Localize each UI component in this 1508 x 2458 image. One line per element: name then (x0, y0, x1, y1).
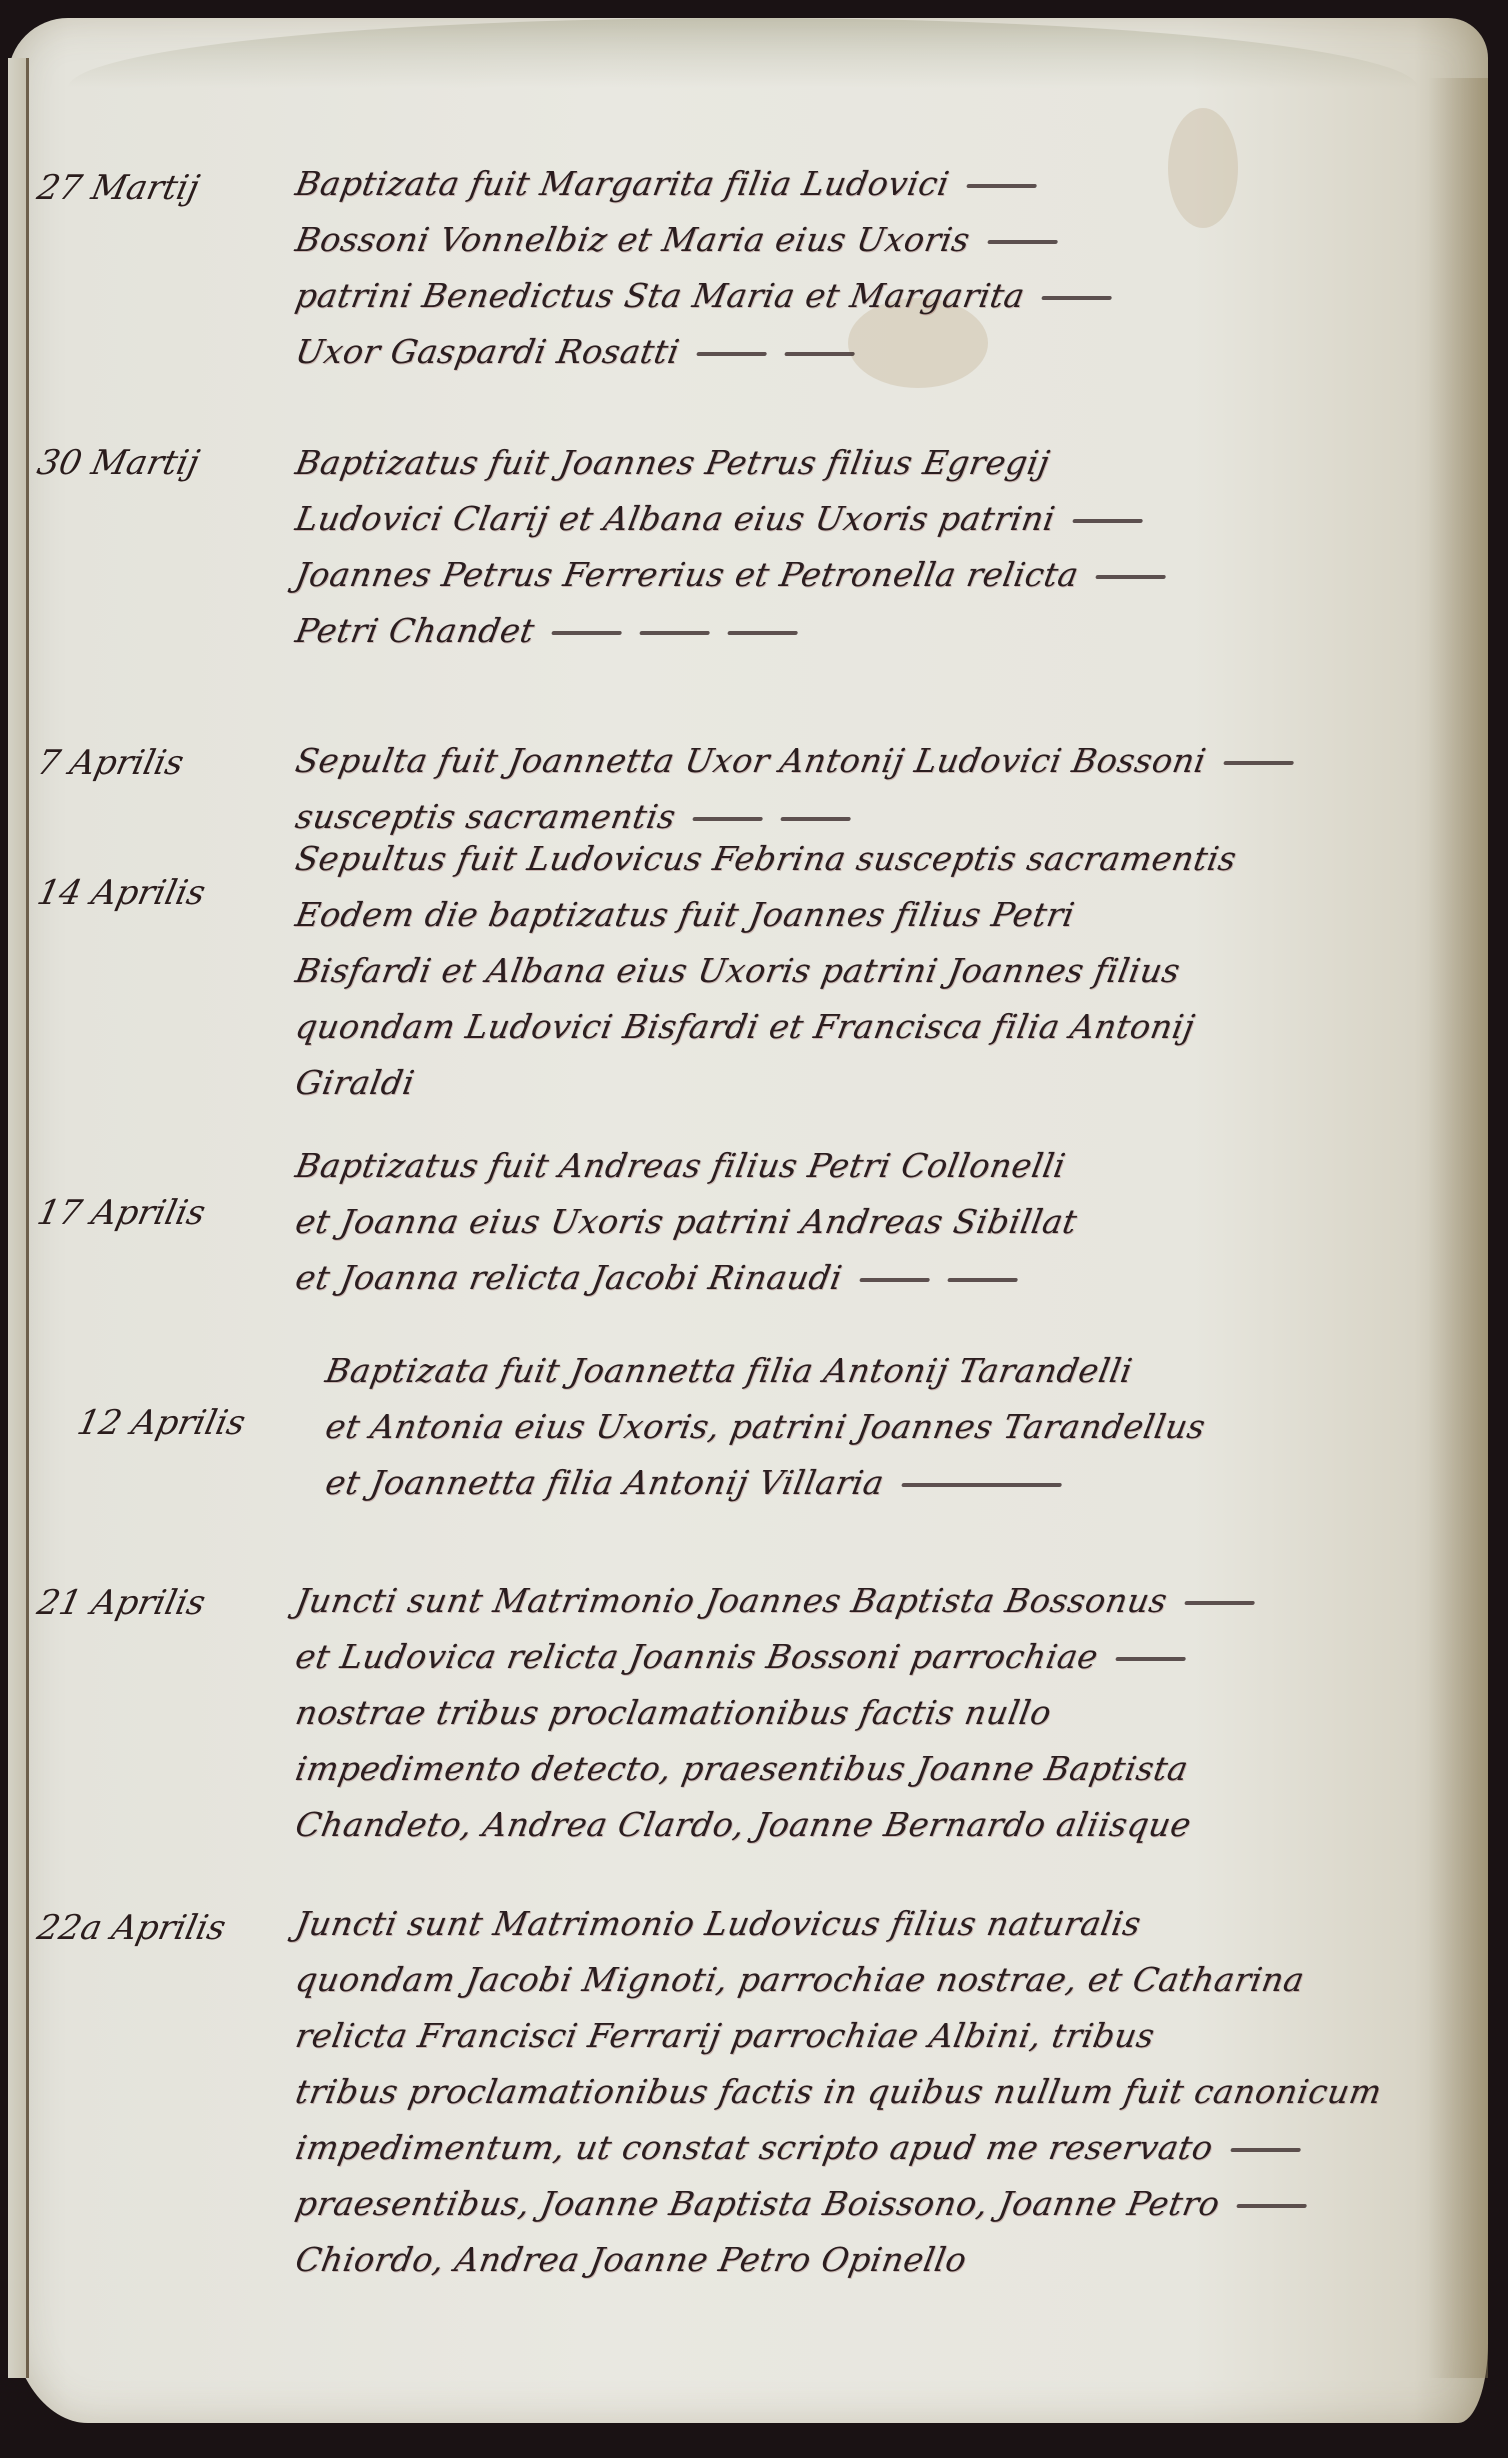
entry-line: Sepulta fuit Joannetta Uxor Antonij Ludo… (291, 733, 1451, 789)
entry-line: Baptizata fuit Margarita filia Ludovici (291, 156, 1451, 212)
entry-date: 22a Aprilis (34, 1908, 229, 1948)
entry-text: Baptizatus fuit Joannes Petrus filius Eg… (296, 435, 1446, 659)
entry-line: Uxor Gaspardi Rosatti (291, 324, 1451, 380)
entry-line: quondam Jacobi Mignoti, parrochiae nostr… (291, 1952, 1451, 2008)
entry-line: patrini Benedictus Sta Maria et Margarit… (291, 268, 1451, 324)
entry-line: Chiordo, Andrea Joanne Petro Opinello (291, 2232, 1451, 2288)
entry-line: et Ludovica relicta Joannis Bossoni parr… (291, 1629, 1451, 1685)
entry-line: nostrae tribus proclamationibus factis n… (291, 1685, 1451, 1741)
entry-line: Petri Chandet (291, 603, 1451, 659)
entry-text: Baptizatus fuit Andreas filius Petri Col… (296, 1138, 1446, 1306)
entry-date: 30 Martij (34, 443, 203, 483)
entry-line: Ludovici Clarij et Albana eius Uxoris pa… (291, 491, 1451, 547)
entry-line: et Joanna eius Uxoris patrini Andreas Si… (291, 1194, 1451, 1250)
entry-date: 12 Aprilis (74, 1403, 249, 1443)
entry-date: 7 Aprilis (34, 743, 188, 783)
entry-line: Eodem die baptizatus fuit Joannes filius… (291, 887, 1451, 943)
entry-text: Sepulta fuit Joannetta Uxor Antonij Ludo… (296, 733, 1446, 845)
entry-text: Juncti sunt Matrimonio Joannes Baptista … (296, 1573, 1446, 1853)
entry-text: Sepultus fuit Ludovicus Febrina suscepti… (296, 831, 1446, 1111)
entry-date: 21 Aprilis (34, 1583, 209, 1623)
entry-line: tribus proclamationibus factis in quibus… (291, 2064, 1451, 2120)
entry-line: Chandeto, Andrea Clardo, Joanne Bernardo… (291, 1797, 1451, 1853)
entry-date: 17 Aprilis (34, 1193, 209, 1233)
entry-line: praesentibus, Joanne Baptista Boissono, … (291, 2176, 1451, 2232)
entry-line: Baptizatus fuit Andreas filius Petri Col… (291, 1138, 1451, 1194)
entry-date: 27 Martij (34, 168, 203, 208)
entry-line: Juncti sunt Matrimonio Joannes Baptista … (291, 1573, 1451, 1629)
entry-line: Bossoni Vonnelbiz et Maria eius Uxoris (291, 212, 1451, 268)
entry-line: Baptizata fuit Joannetta filia Antonij T… (321, 1343, 1481, 1399)
entry-line: Sepultus fuit Ludovicus Febrina suscepti… (291, 831, 1451, 887)
entry-text: Baptizata fuit Margarita filia Ludovici … (296, 156, 1446, 380)
entry-line: et Joannetta filia Antonij Villaria (321, 1455, 1481, 1511)
entry-text: Baptizata fuit Joannetta filia Antonij T… (326, 1343, 1476, 1511)
entry-line: Juncti sunt Matrimonio Ludovicus filius … (291, 1896, 1451, 1952)
entry-line: Giraldi (291, 1055, 1451, 1111)
left-page-fold (8, 58, 29, 2378)
entry-line: Baptizatus fuit Joannes Petrus filius Eg… (291, 435, 1451, 491)
entry-line: Bisfardi et Albana eius Uxoris patrini J… (291, 943, 1451, 999)
water-stain-top (68, 18, 1418, 88)
entry-text: Juncti sunt Matrimonio Ludovicus filius … (296, 1896, 1446, 2288)
entry-line: et Joanna relicta Jacobi Rinaudi (291, 1250, 1451, 1306)
entry-line: impedimento detecto, praesentibus Joanne… (291, 1741, 1451, 1797)
entry-line: quondam Ludovici Bisfardi et Francisca f… (291, 999, 1451, 1055)
register-page: 27 Martij Baptizata fuit Margarita filia… (8, 18, 1488, 2423)
entry-line: et Antonia eius Uxoris, patrini Joannes … (321, 1399, 1481, 1455)
entry-line: relicta Francisci Ferrarij parrochiae Al… (291, 2008, 1451, 2064)
entry-line: Joannes Petrus Ferrerius et Petronella r… (291, 547, 1451, 603)
entry-date: 14 Aprilis (34, 873, 209, 913)
entry-line: impedimentum, ut constat scripto apud me… (291, 2120, 1451, 2176)
